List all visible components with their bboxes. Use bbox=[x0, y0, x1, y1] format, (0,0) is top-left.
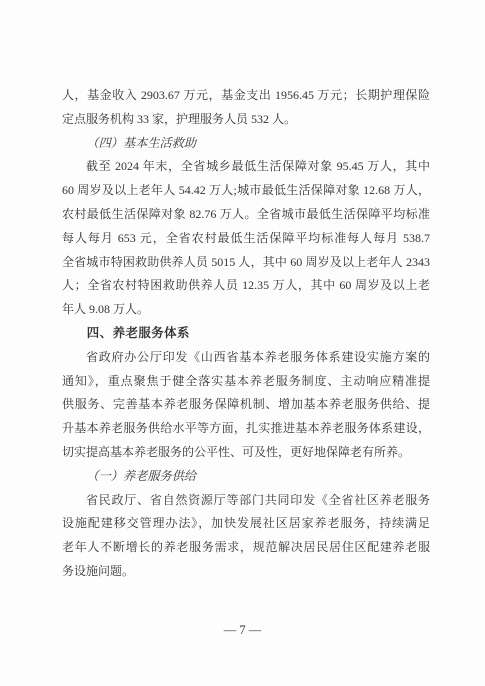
body-line: 省政府办公厅印发《山西省基本养老服务体系建设实施方案的 bbox=[62, 346, 430, 370]
body-line: 人，基金收入 2903.67 万元，基金支出 1956.45 万元；长期护理保险 bbox=[62, 84, 430, 108]
body-line: 升基本养老服务供给水平等方面，扎实推进基本养老服务体系建设， bbox=[62, 417, 430, 441]
body-line: 切实提高基本养老服务的公平性、可及性，更好地保障老有所养。 bbox=[62, 441, 430, 465]
subsection-heading-1: （一）养老服务供给 bbox=[62, 465, 430, 489]
body-line: 设施配建移交管理办法》，加快发展社区居家养老服务，持续满足 bbox=[62, 512, 430, 536]
body-line: 截至 2024 年末，全省城乡最低生活保障对象 95.45 万人，其中 bbox=[62, 155, 430, 179]
body-line: 全省城市特困救助供养人员 5015 人，其中 60 周岁及以上老年人 2343 bbox=[62, 251, 430, 275]
page-number: — 7 — bbox=[0, 622, 485, 638]
body-line: 定点服务机构 33 家，护理服务人员 532 人。 bbox=[62, 108, 430, 132]
body-line: 通知》，重点聚焦于健全落实基本养老服务制度、主动响应精准提 bbox=[62, 370, 430, 394]
body-line: 年人 9.08 万人。 bbox=[62, 298, 430, 322]
document-page: 人，基金收入 2903.67 万元，基金支出 1956.45 万元；长期护理保险… bbox=[0, 0, 485, 686]
body-line: 务设施问题。 bbox=[62, 560, 430, 584]
body-line: 农村最低生活保障对象 82.76 万人。全省城市最低生活保障平均标准 bbox=[62, 203, 430, 227]
section-heading-elderly-care: 四、养老服务体系 bbox=[62, 322, 430, 346]
body-line: 老年人不断增长的养老服务需求，规范解决居民居住区配建养老服 bbox=[62, 536, 430, 560]
body-line: 每人每月 653 元，全省农村最低生活保障平均标准每人每月 538.7 元。 bbox=[62, 227, 430, 251]
body-line: 省民政厅、省自然资源厅等部门共同印发《全省社区养老服务 bbox=[62, 489, 430, 513]
body-line: 60 周岁及以上老年人 54.42 万人;城市最低生活保障对象 12.68 万人… bbox=[62, 179, 430, 203]
body-line: 人；全省农村特困救助供养人员 12.35 万人，其中 60 周岁及以上老 bbox=[62, 274, 430, 298]
document-body: 人，基金收入 2903.67 万元，基金支出 1956.45 万元；长期护理保险… bbox=[62, 84, 430, 584]
body-line: 供服务、完善基本养老服务保障机制、增加基本养老服务供给、提 bbox=[62, 393, 430, 417]
subsection-heading-4: （四）基本生活救助 bbox=[62, 132, 430, 156]
